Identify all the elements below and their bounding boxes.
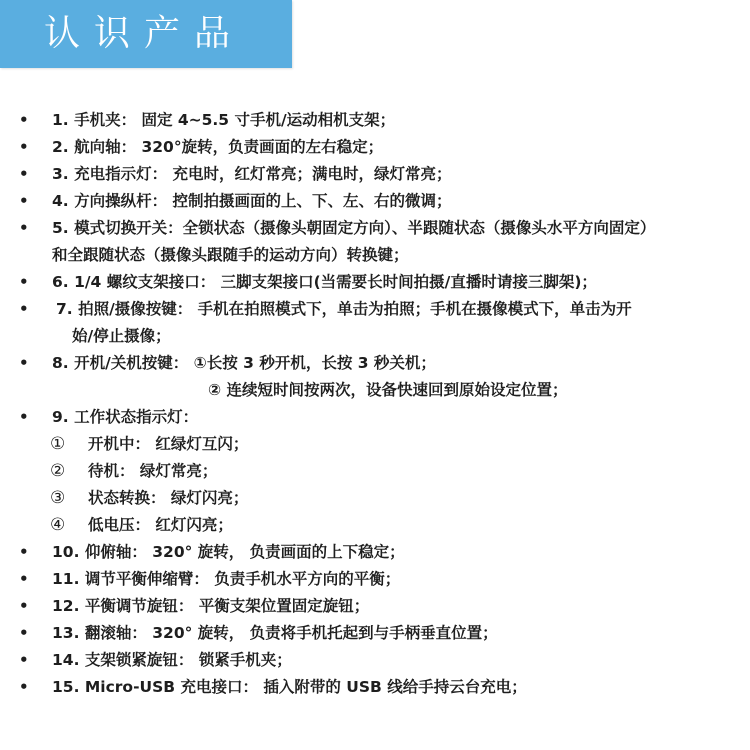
sub-item-4: ④低电压： 红灯闪亮； xyxy=(0,512,750,539)
list-item-7: • 7. 拍照/摄像按键： 手机在拍照模式下，单击为拍照；手机在摄像模式下，单击… xyxy=(0,296,750,323)
list-item-13: • 13. 翻滚轴： 320° 旋转， 负责将手机托起到与手柄垂直位置； xyxy=(0,620,750,647)
item-text: 7. 拍照/摄像按键： 手机在拍照模式下，单击为拍照；手机在摄像模式下，单击为开 xyxy=(56,296,632,323)
item-text-continuation: 和全跟随状态（摄像头跟随手的运动方向）转换键； xyxy=(52,242,409,269)
sub-item-3: ③状态转换： 绿灯闪亮； xyxy=(0,485,750,512)
sub-item-text: 低电压： 红灯闪亮； xyxy=(88,516,233,534)
section-header: 认识产品 xyxy=(0,0,292,68)
list-item-5-continuation: 和全跟随状态（摄像头跟随手的运动方向）转换键； xyxy=(0,242,750,269)
bullet-icon: • xyxy=(19,674,29,701)
sub-item-1: ①开机中： 红绿灯互闪； xyxy=(0,431,750,458)
circled-number-icon: ② xyxy=(50,458,88,485)
bullet-icon: • xyxy=(19,350,29,377)
bullet-icon: • xyxy=(19,134,29,161)
bullet-icon: • xyxy=(19,647,29,674)
list-item-7-continuation: 始/停止摄像； xyxy=(0,323,750,350)
item-text: 10. 仰俯轴： 320° 旋转， 负责画面的上下稳定； xyxy=(52,539,405,566)
item-text: 14. 支架锁紧旋钮： 锁紧手机夹； xyxy=(52,647,292,674)
bullet-icon: • xyxy=(19,107,29,134)
list-item-12: • 12. 平衡调节旋钮： 平衡支架位置固定旋钮； xyxy=(0,593,750,620)
item-text: 8. 开机/关机按键： ①长按 3 秒开机，长按 3 秒关机； xyxy=(52,350,436,377)
list-item-6: • 6. 1/4 螺纹支架接口： 三脚支架接口(当需要长时间拍摄/直播时请接三脚… xyxy=(0,269,750,296)
list-item-1: • 1. 手机夹： 固定 4~5.5 寸手机/运动相机支架； xyxy=(0,107,750,134)
section-title: 认识产品 xyxy=(44,12,244,56)
sub-item-text: 待机： 绿灯常亮； xyxy=(88,462,217,480)
sub-item-2: ②待机： 绿灯常亮； xyxy=(0,458,750,485)
list-item-3: • 3. 充电指示灯： 充电时，红灯常亮；满电时，绿灯常亮； xyxy=(0,161,750,188)
list-item-15: • 15. Micro-USB 充电接口： 插入附带的 USB 线给手持云台充电… xyxy=(0,674,750,701)
bullet-icon: • xyxy=(19,269,29,296)
bullet-icon: • xyxy=(19,539,29,566)
bullet-icon: • xyxy=(19,593,29,620)
item-text: 3. 充电指示灯： 充电时，红灯常亮；满电时，绿灯常亮； xyxy=(52,161,451,188)
list-item-8-continuation: ② 连续短时间按两次，设备快速回到原始设定位置； xyxy=(0,377,750,404)
list-item-11: • 11. 调节平衡伸缩臂： 负责手机水平方向的平衡； xyxy=(0,566,750,593)
list-item-9: • 9. 工作状态指示灯： xyxy=(0,404,750,431)
item-text: 12. 平衡调节旋钮： 平衡支架位置固定旋钮； xyxy=(52,593,369,620)
bullet-icon: • xyxy=(19,188,29,215)
list-item-14: • 14. 支架锁紧旋钮： 锁紧手机夹； xyxy=(0,647,750,674)
circled-number-icon: ④ xyxy=(50,512,88,539)
list-item-8: • 8. 开机/关机按键： ①长按 3 秒开机，长按 3 秒关机； xyxy=(0,350,750,377)
bullet-icon: • xyxy=(19,620,29,647)
item-text: 4. 方向操纵杆： 控制拍摄画面的上、下、左、右的微调； xyxy=(52,188,451,215)
sub-item-text: 开机中： 红绿灯互闪； xyxy=(88,435,248,453)
bullet-icon: • xyxy=(19,404,29,431)
item-text: 13. 翻滚轴： 320° 旋转， 负责将手机托起到与手柄垂直位置； xyxy=(52,620,498,647)
item-text: 15. Micro-USB 充电接口： 插入附带的 USB 线给手持云台充电； xyxy=(52,674,527,701)
bullet-icon: • xyxy=(19,215,29,242)
item-text: 1. 手机夹： 固定 4~5.5 寸手机/运动相机支架； xyxy=(52,107,395,134)
item-text: 11. 调节平衡伸缩臂： 负责手机水平方向的平衡； xyxy=(52,566,400,593)
bullet-icon: • xyxy=(19,566,29,593)
item-text: 6. 1/4 螺纹支架接口： 三脚支架接口(当需要长时间拍摄/直播时请接三脚架)… xyxy=(52,269,597,296)
item-text: 5. 模式切换开关：全锁状态（摄像头朝固定方向）、半跟随状态（摄像头水平方向固定… xyxy=(52,215,655,242)
bullet-icon: • xyxy=(19,161,29,188)
item-text-continuation: 始/停止摄像； xyxy=(72,323,171,350)
bullet-icon: • xyxy=(19,296,29,323)
circled-number-icon: ① xyxy=(50,431,88,458)
item-text-continuation: ② 连续短时间按两次，设备快速回到原始设定位置； xyxy=(208,377,568,404)
product-parts-list: • 1. 手机夹： 固定 4~5.5 寸手机/运动相机支架； • 2. 航向轴：… xyxy=(0,107,750,701)
sub-item-text: 状态转换： 绿灯闪亮； xyxy=(88,489,248,507)
circled-number-icon: ③ xyxy=(50,485,88,512)
item-text: 2. 航向轴： 320°旋转，负责画面的左右稳定； xyxy=(52,134,383,161)
list-item-10: • 10. 仰俯轴： 320° 旋转， 负责画面的上下稳定； xyxy=(0,539,750,566)
item-text: 9. 工作状态指示灯： xyxy=(52,404,198,431)
list-item-5: • 5. 模式切换开关：全锁状态（摄像头朝固定方向）、半跟随状态（摄像头水平方向… xyxy=(0,215,750,242)
list-item-4: • 4. 方向操纵杆： 控制拍摄画面的上、下、左、右的微调； xyxy=(0,188,750,215)
list-item-2: • 2. 航向轴： 320°旋转，负责画面的左右稳定； xyxy=(0,134,750,161)
